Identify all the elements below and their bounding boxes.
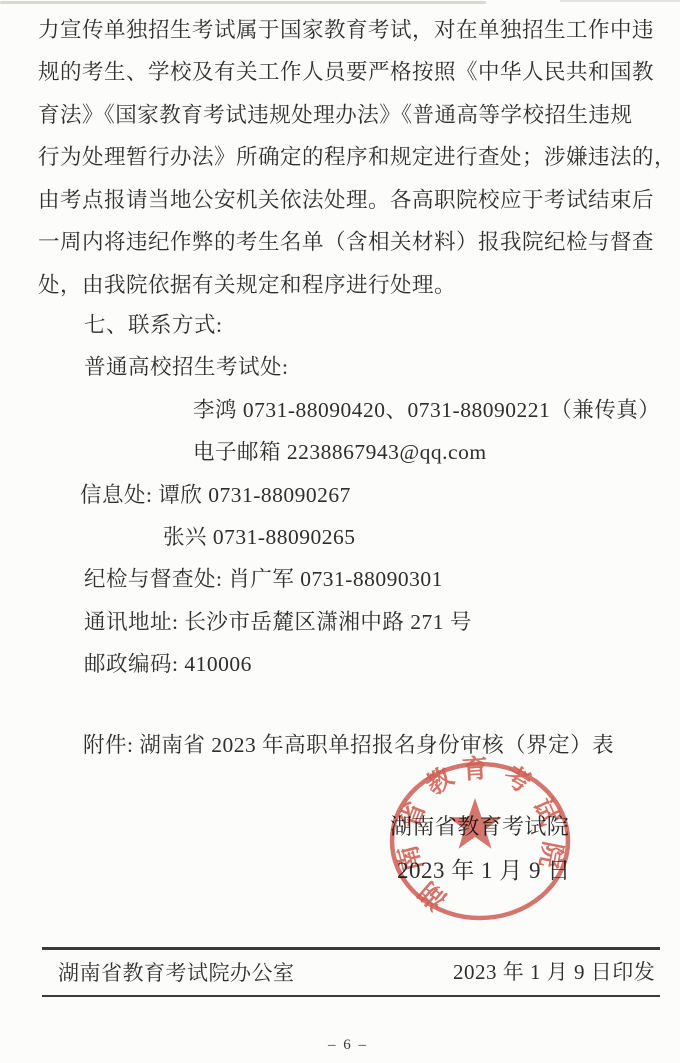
document-page: 力宣传单独招生考试属于国家教育考试，对在单独招生工作中违 规的考生、学校及有关工… (0, 0, 680, 1063)
body-line: 力宣传单独招生考试属于国家教育考试，对在单独招生工作中违 (38, 19, 654, 43)
contact-line-address: 通讯地址: 长沙市岳麓区潇湘中路 271 号 (84, 611, 472, 635)
body-line: 处，由我院依据有关规定和程序进行处理。 (38, 274, 456, 298)
body-line: 规的考生、学校及有关工作人员要严格按照《中华人民共和国教 (38, 61, 654, 85)
official-seal: 湖 南 省 教 育 考 试 院 (378, 752, 583, 932)
footer-rule-top (42, 947, 660, 950)
section-heading: 七、联系方式: (84, 314, 222, 338)
seal-star-icon (448, 798, 501, 849)
seal-char: 试 (527, 794, 564, 830)
body-line: 由考点报请当地公安机关依法处理。各高职院校应于考试结束后 (38, 189, 654, 213)
seal-char: 省 (395, 798, 431, 833)
seal-char: 育 (461, 753, 489, 785)
seal-char: 南 (393, 842, 427, 874)
footer-rule-bottom (42, 995, 660, 997)
page-number: – 6 – (8, 1037, 680, 1054)
footer-print-date: 2023 年 1 月 9 日印发 (453, 961, 655, 984)
seal-char: 湖 (413, 876, 452, 915)
seal-char: 院 (534, 839, 567, 870)
contact-line-discipline: 纪检与督查处: 肖广军 0731-88090301 (84, 568, 443, 592)
contact-line-zhangxing: 张兴 0731-88090265 (163, 526, 356, 550)
scan-artifact (560, 0, 680, 2)
contact-line-email: 电子邮箱 2238867943@qq.com (193, 441, 487, 465)
contact-line-info: 信息处: 谭欣 0731-88090267 (80, 484, 351, 508)
body-line: 育法》《国家教育考试违规处理办法》《普通高等学校招生违规 (38, 104, 633, 128)
contact-office-title: 普通高校招生考试处: (84, 356, 288, 380)
contact-line-postcode: 邮政编码: 410006 (84, 653, 252, 677)
body-line: 一周内将违纪作弊的考生名单（含相关材料）报我院纪检与督查 (38, 231, 654, 255)
body-line: 行为处理暂行办法》所确定的程序和规定进行查处；涉嫌违法的， (38, 146, 676, 170)
scan-artifact (0, 1, 486, 4)
footer-issuing-office: 湖南省教育考试院办公室 (58, 962, 295, 985)
contact-line-phone: 李鸿 0731-88090420、0731-88090221（兼传真） (193, 399, 660, 423)
